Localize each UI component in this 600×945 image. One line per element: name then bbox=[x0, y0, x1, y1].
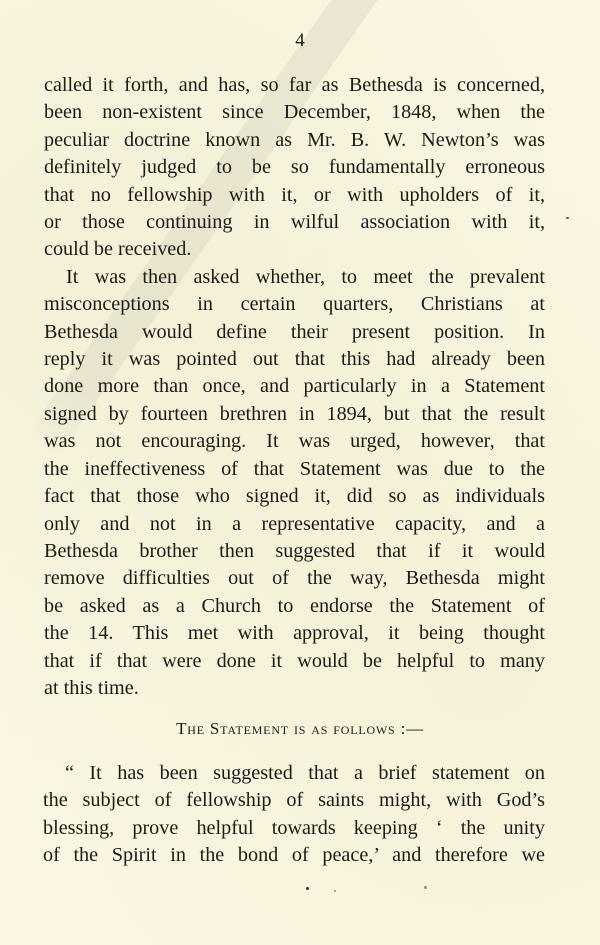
text-line: called it forth, and has, so far as Beth… bbox=[44, 72, 545, 99]
text-line: remove difficulties out of the way, Beth… bbox=[44, 565, 545, 592]
text-line: definitely judged to be so fundamentally… bbox=[44, 154, 545, 181]
text-line: be asked as a Church to endorse the Stat… bbox=[44, 593, 545, 620]
text-line: blessing, prove helpful towards keeping … bbox=[43, 815, 545, 842]
paragraph-1: called it forth, and has, so far as Beth… bbox=[44, 72, 545, 264]
speck bbox=[334, 890, 336, 892]
paragraph-2: It was then asked whether, to meet the p… bbox=[44, 264, 545, 703]
text-line: been non-existent since December, 1848, … bbox=[44, 99, 545, 126]
document-page: 4 called it forth, and has, so far as Be… bbox=[0, 0, 600, 945]
text-line: at this time. bbox=[44, 675, 545, 702]
text-line: Bethesda would define their present posi… bbox=[44, 319, 545, 346]
page-number: 4 bbox=[0, 30, 600, 52]
text-line: or those continuing in wilful associatio… bbox=[44, 209, 545, 236]
speck bbox=[306, 887, 309, 890]
text-line: Bethesda brother then suggested that if … bbox=[44, 538, 545, 565]
text-line: misconceptions in certain quarters, Chri… bbox=[44, 291, 545, 318]
text-line: was not encouraging. It was urged, howev… bbox=[44, 428, 545, 455]
speck bbox=[566, 217, 569, 219]
quoted-statement: “ It has been suggested that a brief sta… bbox=[43, 760, 545, 870]
text-line: signed by fourteen brethren in 1894, but… bbox=[44, 401, 545, 428]
text-line: reply it was pointed out that this had a… bbox=[44, 346, 545, 373]
body-text: called it forth, and has, so far as Beth… bbox=[44, 72, 545, 702]
text-line: peculiar doctrine known as Mr. B. W. New… bbox=[44, 127, 545, 154]
text-line: fact that those who signed it, did so as… bbox=[44, 483, 545, 510]
text-line: could be received. bbox=[44, 236, 545, 263]
section-heading: The Statement is as follows :— bbox=[0, 719, 600, 739]
text-line: the 14. This met with approval, it being… bbox=[44, 620, 545, 647]
text-line: of the Spirit in the bond of peace,’ and… bbox=[43, 842, 545, 869]
text-line: the subject of fellowship of saints migh… bbox=[43, 787, 545, 814]
text-line: “ It has been suggested that a brief sta… bbox=[43, 760, 545, 787]
speck bbox=[424, 886, 427, 889]
text-line: the ineffectiveness of that Statement wa… bbox=[44, 456, 545, 483]
text-line: done more than once, and particularly in… bbox=[44, 373, 545, 400]
text-line: that if that were done it would be helpf… bbox=[44, 648, 545, 675]
text-line: that no fellowship with it, or with upho… bbox=[44, 182, 545, 209]
text-line: It was then asked whether, to meet the p… bbox=[44, 264, 545, 291]
text-line: only and not in a representative capacit… bbox=[44, 511, 545, 538]
